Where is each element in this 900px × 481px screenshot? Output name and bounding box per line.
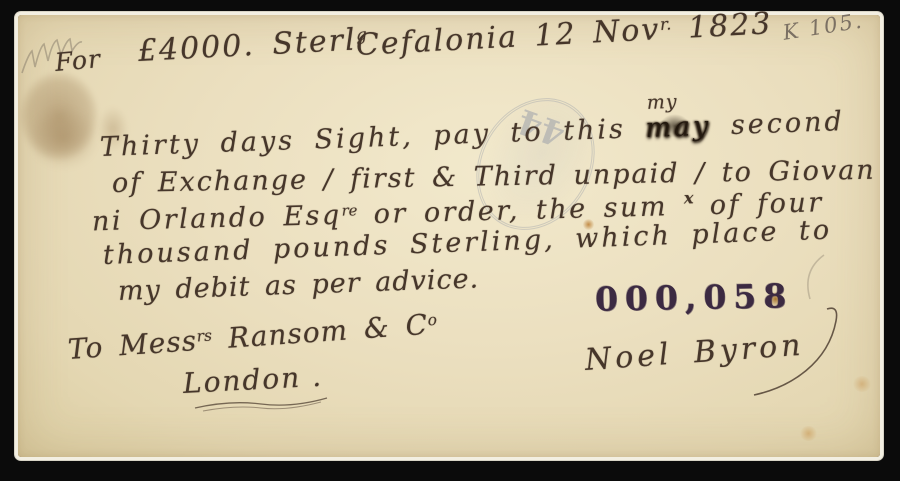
currency-word: Sterl — [271, 23, 357, 62]
inserted-word: my — [646, 91, 678, 114]
place-and-date: Cefalonia 12 Novr. 1823 — [355, 6, 773, 63]
body-line-1: Thirty days Sight, pay to this may secon… — [99, 106, 845, 163]
foxing-spot — [800, 426, 817, 441]
ink-stain — [20, 72, 98, 160]
catalog-mark: K 105. — [781, 8, 865, 44]
blotted-word: may — [645, 111, 712, 144]
signature-flourish — [736, 283, 866, 408]
amount-text: £4000. Sterlg — [137, 22, 368, 69]
co-superscript: o — [427, 311, 438, 330]
messrs-superscript: rs — [196, 326, 212, 345]
underline-flourish — [193, 398, 333, 412]
amount-figure: £4000. — [137, 28, 256, 69]
esquire-superscript: re — [341, 201, 357, 219]
bill-of-exchange-document: 44 For £4000. Sterlg Cefalonia 12 Novr. … — [18, 15, 880, 457]
ink-stain — [28, 107, 98, 169]
addressee-line: To Messrs Ransom & Co — [67, 307, 438, 366]
city-line: London . — [182, 360, 324, 400]
photo-frame: 44 For £4000. Sterlg Cefalonia 12 Novr. … — [0, 0, 900, 481]
for-label: For — [54, 44, 102, 77]
body-line-5: my debit as per advice. — [117, 263, 479, 307]
insertion-caret: x — [684, 188, 694, 207]
